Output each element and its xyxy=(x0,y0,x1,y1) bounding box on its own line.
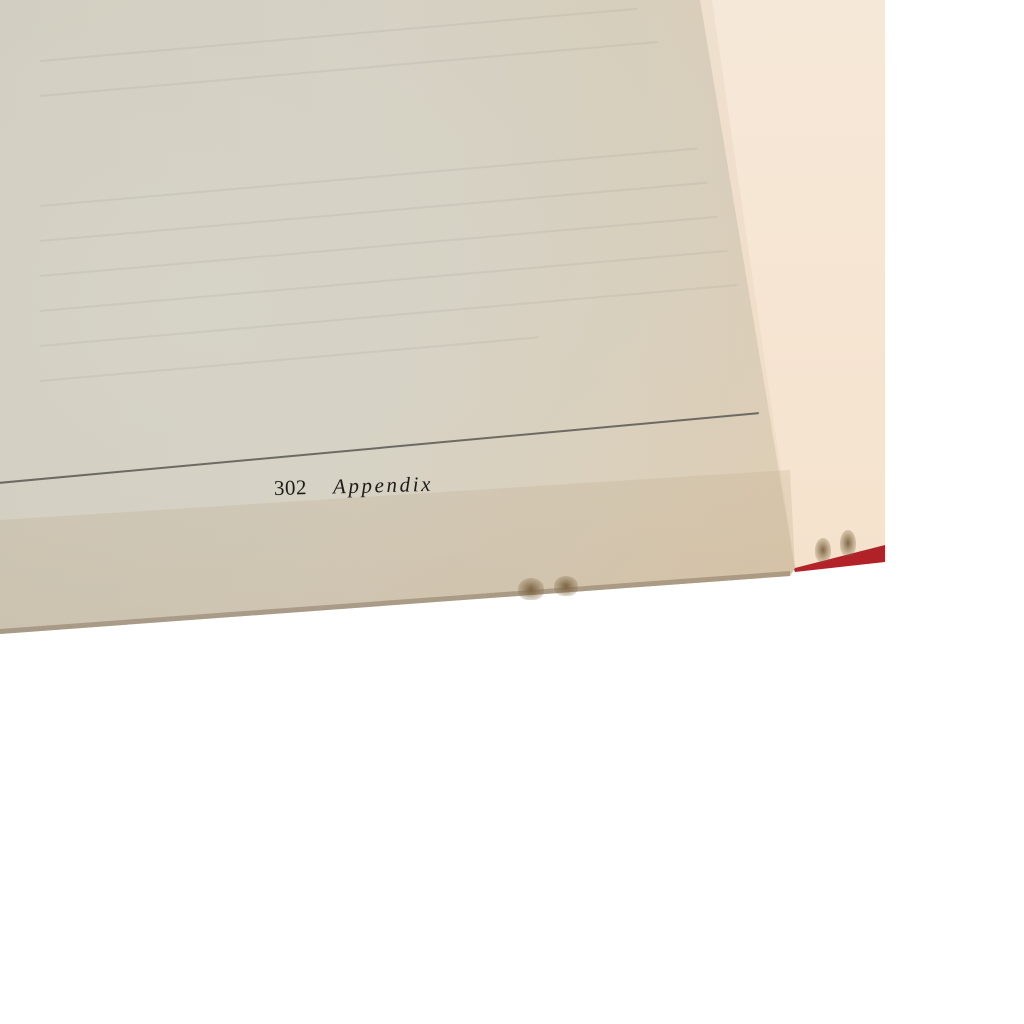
page-number: 302 xyxy=(274,475,308,500)
photo-scene: 302Appendix xyxy=(0,0,1024,1024)
water-stain xyxy=(840,530,856,556)
section-title: Appendix xyxy=(333,472,434,499)
running-footer: 302Appendix xyxy=(274,472,434,501)
water-stain xyxy=(554,576,578,596)
water-stain xyxy=(518,578,544,600)
water-stain xyxy=(815,538,831,562)
